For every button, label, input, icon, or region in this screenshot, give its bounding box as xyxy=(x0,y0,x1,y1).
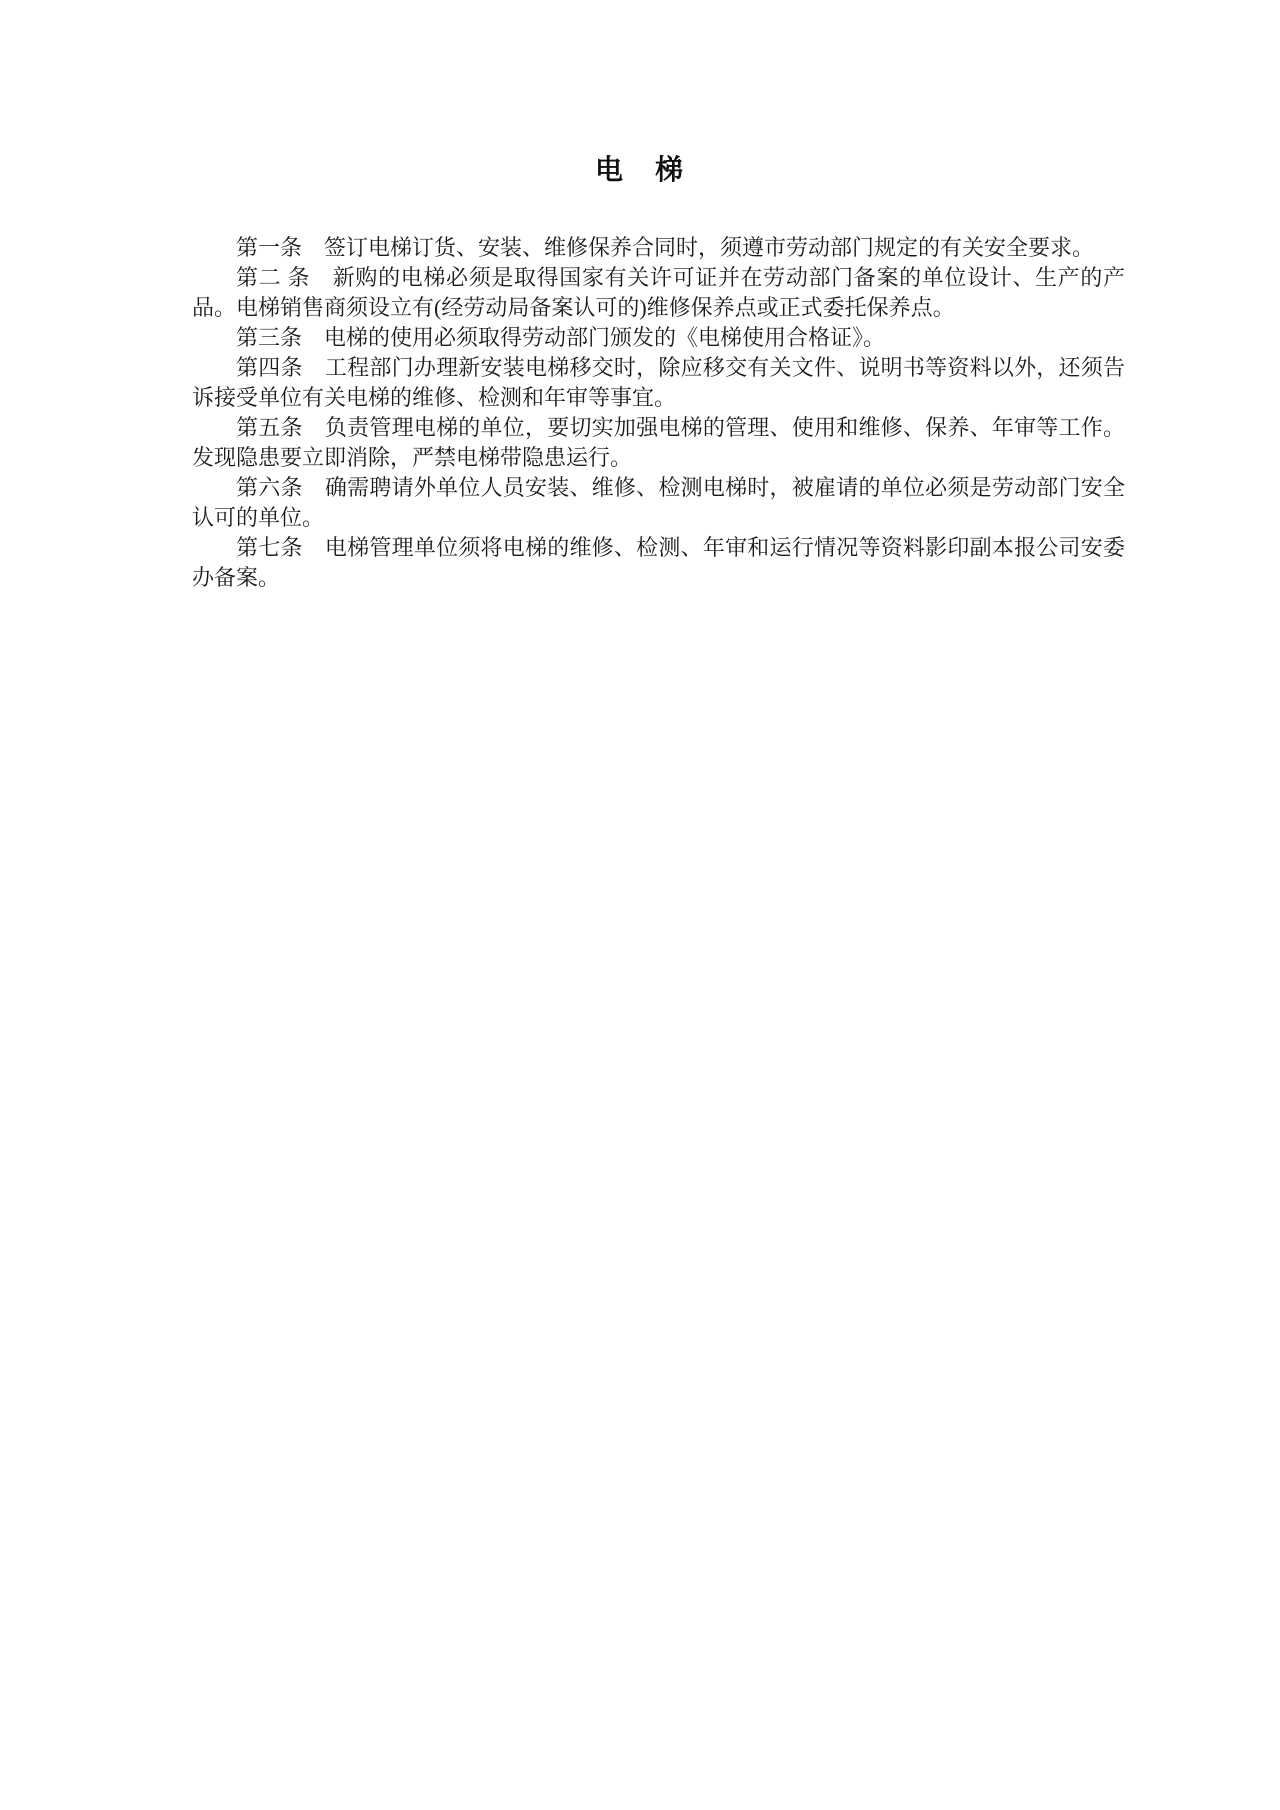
paragraph-article-2: 第二 条 新购的电梯必须是取得国家有关许可证并在劳动部门备案的单位设计、生产的产… xyxy=(192,263,1125,323)
paragraph-article-4: 第四条 工程部门办理新安装电梯移交时，除应移交有关文件、说明书等资料以外，还须告… xyxy=(192,353,1125,413)
paragraph-article-3: 第三条 电梯的使用必须取得劳动部门颁发的《电梯使用合格证》。 xyxy=(192,323,1125,353)
document-title: 电 梯 xyxy=(0,154,1280,186)
document-body: 第一条 签订电梯订货、安装、维修保养合同时，须遵市劳动部门规定的有关安全要求。 … xyxy=(192,233,1125,593)
paragraph-article-7: 第七条 电梯管理单位须将电梯的维修、检测、年审和运行情况等资料影印副本报公司安委… xyxy=(192,533,1125,593)
document-page: 电 梯 第一条 签订电梯订货、安装、维修保养合同时，须遵市劳动部门规定的有关安全… xyxy=(0,0,1280,1810)
paragraph-article-5: 第五条 负责管理电梯的单位，要切实加强电梯的管理、使用和维修、保养、年审等工作。… xyxy=(192,413,1125,473)
paragraph-article-6: 第六条 确需聘请外单位人员安装、维修、检测电梯时，被雇请的单位必须是劳动部门安全… xyxy=(192,473,1125,533)
paragraph-article-1: 第一条 签订电梯订货、安装、维修保养合同时，须遵市劳动部门规定的有关安全要求。 xyxy=(192,233,1125,263)
